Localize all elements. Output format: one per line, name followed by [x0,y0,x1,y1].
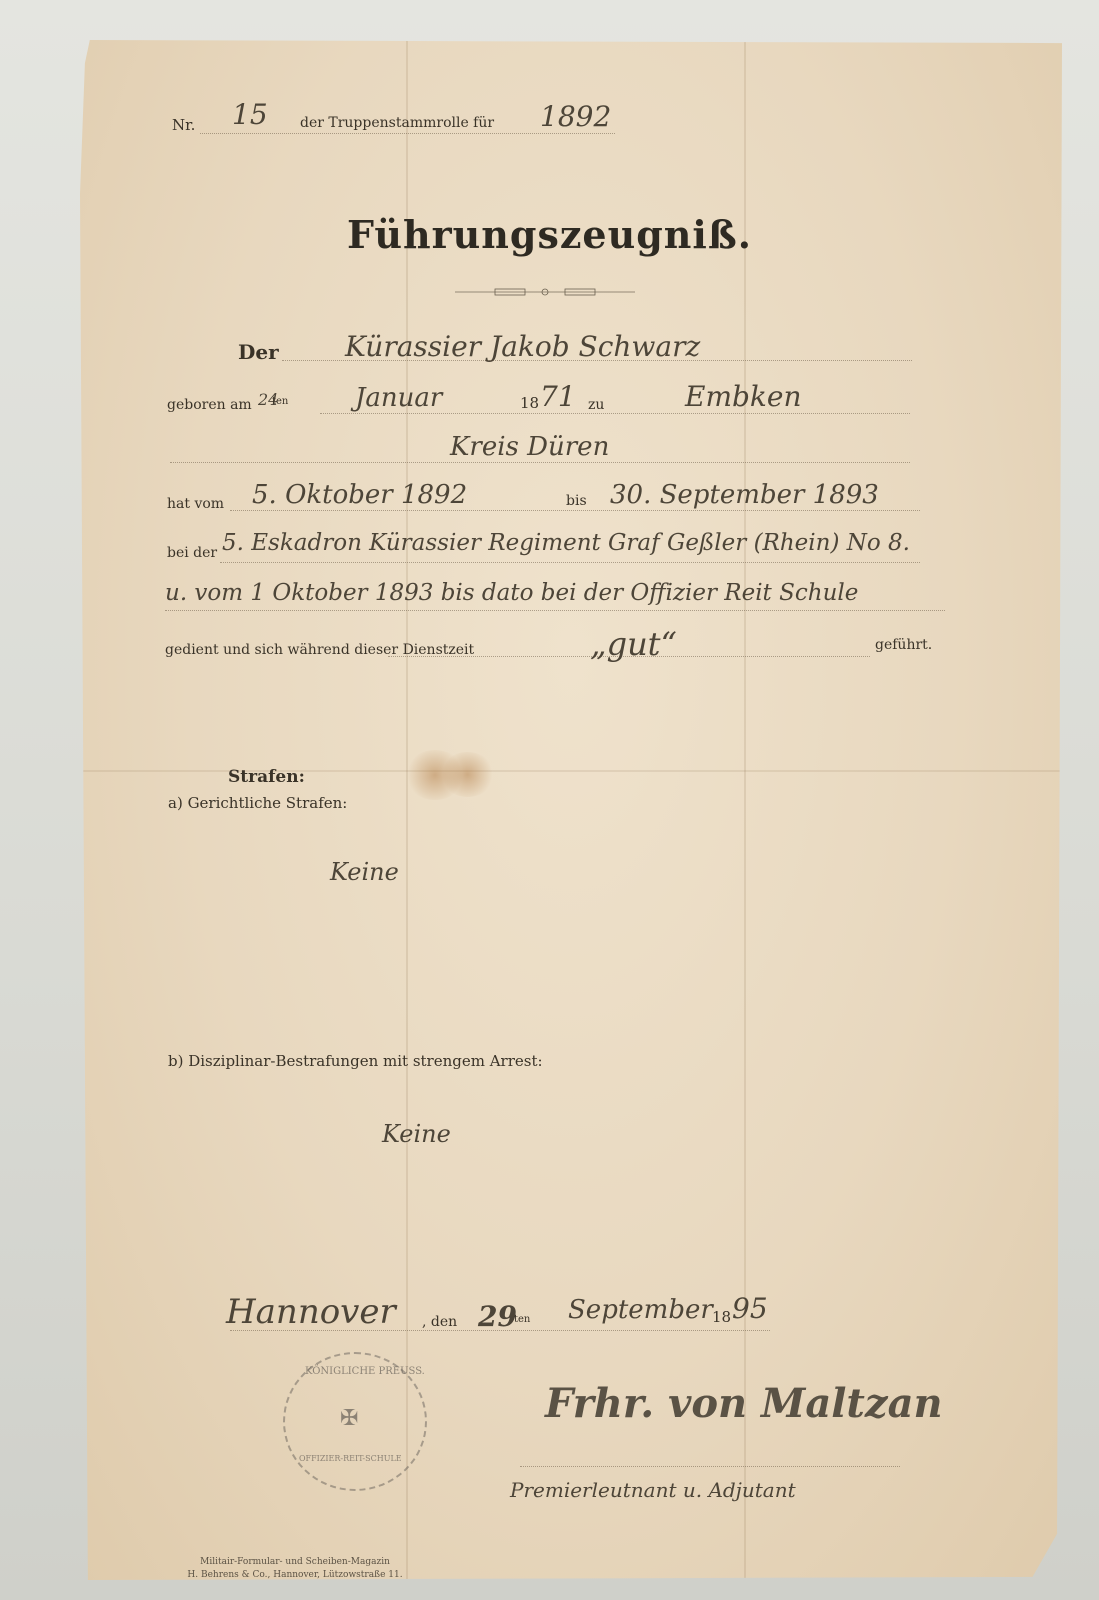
penalties-heading: Strafen: [228,767,305,787]
ornament-divider [455,288,635,296]
closing-day: 29 [478,1300,517,1333]
court-penalties-label: a) Gerichtliche Strafen: [168,794,347,812]
bis-label: bis [566,493,587,509]
from-label: hat vom [167,496,224,512]
born-year-suffix: 71 [540,380,576,413]
to-date: 30. September 1893 [610,480,879,510]
roll-year: 1892 [540,100,611,133]
unit-value: 5. Eskadron Kürassier Regiment Graf Geßl… [222,530,910,556]
closing-day-suffix: ten [514,1314,530,1325]
disciplinary-penalties-label: b) Disziplinar-Bestrafungen mit strengem… [168,1052,543,1070]
district-value: Kreis Düren [450,432,609,462]
vertical-fold [406,40,408,1580]
nr-label: Nr. [172,116,195,134]
closing-place: Hannover [226,1292,396,1332]
from-date: 5. Oktober 1892 [252,480,467,510]
closing-month: September [568,1295,713,1325]
closing-year-prefix: 18 [712,1308,731,1326]
court-penalties-value: Keine [330,858,399,886]
born-year-prefix: 18 [520,394,539,412]
der-label: Der [238,340,279,364]
dotted-line [320,413,910,414]
born-place: Embken [685,380,801,413]
dotted-line [282,360,912,361]
roll-label: der Truppenstammrolle für [300,115,494,131]
printer-imprint-line1: Militair-Formular- und Scheiben-Magazin [120,1557,470,1567]
dotted-line [200,133,615,134]
vertical-fold [744,40,746,1580]
seal-top-text: KÖNIGLICHE PREUSS. [305,1366,425,1377]
official-seal: KÖNIGLICHE PREUSS. ✠ OFFIZIER-REIT-SCHUL… [283,1352,427,1491]
seal-bottom-text: OFFIZIER-REIT-SCHULE [299,1454,402,1463]
born-label: geboren am [167,397,252,413]
dotted-line [165,610,945,611]
dotted-line [230,1330,770,1331]
stain [440,752,495,797]
nr-value: 15 [232,98,268,131]
signature-title: Premierleutnant u. Adjutant [510,1478,796,1502]
name-value: Kürassier Jakob Schwarz [345,330,700,363]
service-continuation: u. vom 1 Oktober 1893 bis dato bei der O… [165,580,858,606]
zu-label: zu [588,397,604,413]
born-day-suffix: ten [272,396,288,407]
dotted-line [170,462,910,463]
dotted-line [220,562,920,563]
unit-label: bei der [167,545,217,561]
gefuehrt-label: geführt. [875,637,932,653]
signature-name: Frhr. von Maltzan [545,1380,943,1427]
born-month: Januar [355,383,442,413]
printer-imprint-line2: H. Behrens & Co., Hannover, Lützowstraße… [120,1570,470,1580]
den-label: , den [422,1314,457,1330]
seal-eagle-icon: ✠ [340,1406,358,1431]
dotted-line [388,656,870,657]
closing-year-suffix: 95 [732,1292,768,1325]
document-title: Führungszeugniß. [0,212,1099,257]
dotted-line [230,510,920,511]
disciplinary-penalties-value: Keine [382,1120,451,1148]
dotted-line [520,1466,900,1467]
conduct-value: „gut“ [590,625,677,663]
